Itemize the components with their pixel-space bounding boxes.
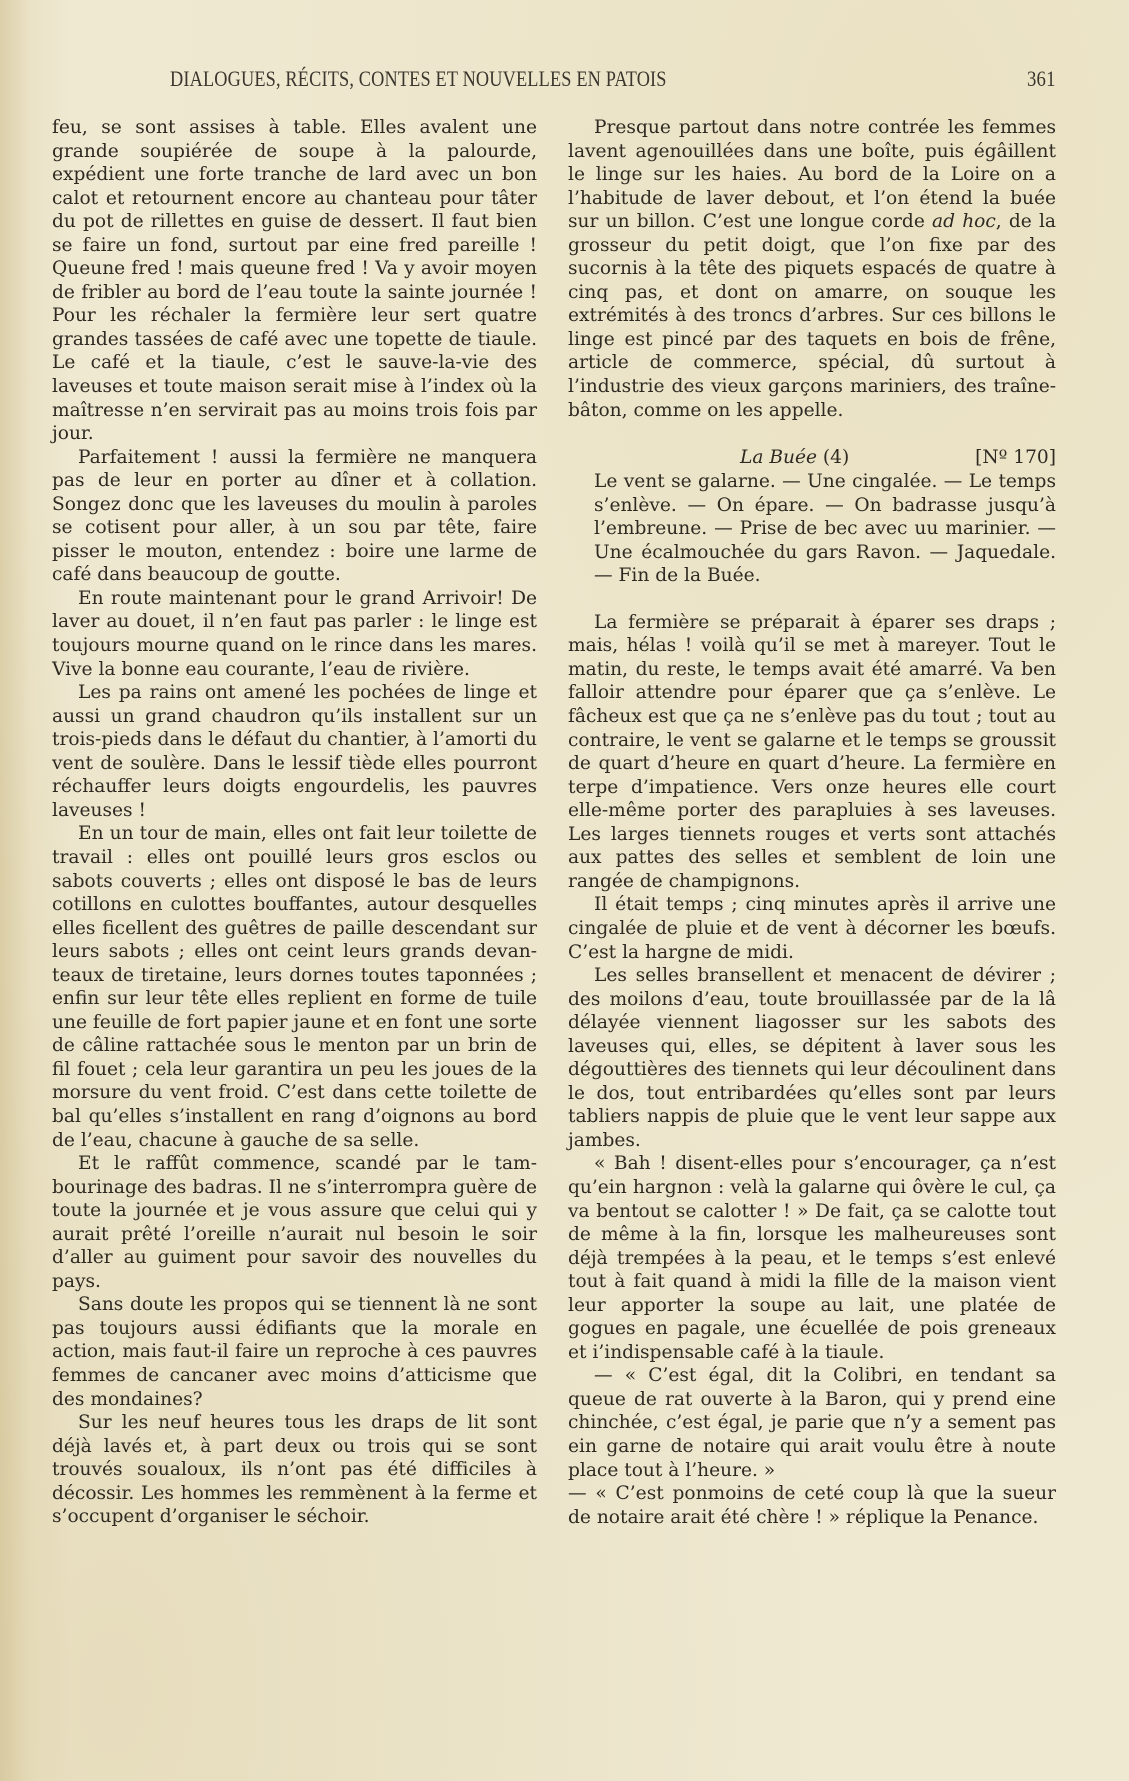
paragraph: — « C’est ponmoins de ceté coup là que l…	[568, 1482, 1056, 1529]
paragraph: « Bah ! disent-elles pour s’encourager, …	[568, 1152, 1056, 1364]
section-summary: Le vent se galarne. — Une cingalée. — Le…	[568, 470, 1056, 588]
paragraph: Les pa rains ont amené les pochées de li…	[52, 681, 537, 822]
running-head: DIALOGUES, RÉCITS, CONTES ET NOUVELLES E…	[170, 66, 1056, 94]
paragraph: feu, se sont assises à table. Elles aval…	[52, 116, 537, 446]
intro-text-2: , de la grosseur du petit doigt, que l’o…	[568, 211, 1056, 420]
latin-phrase: ad hoc	[932, 211, 996, 232]
paragraph: Il était temps ; cinq minutes après il a…	[568, 893, 1056, 964]
paragraph: — « C’est égal, dit la Colibri, en tenda…	[568, 1364, 1056, 1482]
section-heading: La Buée (4) [Nº 170]	[568, 446, 1056, 470]
paragraph: Et le raffût commence, scandé par le tam…	[52, 1152, 537, 1293]
paragraph: La fermière se préparait à éparer ses dr…	[568, 611, 1056, 894]
running-title: DIALOGUES, RÉCITS, CONTES ET NOUVELLES E…	[170, 66, 667, 92]
book-page: DIALOGUES, RÉCITS, CONTES ET NOUVELLES E…	[0, 0, 1129, 1781]
paragraph: Sans doute les propos qui se tiennent là…	[52, 1293, 537, 1411]
section-title-italic: La Buée	[740, 447, 817, 468]
page-number: 361	[1027, 66, 1056, 92]
paragraph: Sur les neuf heures tous les draps de li…	[52, 1411, 537, 1529]
section-number: [Nº 170]	[975, 446, 1056, 470]
intro-paragraph: Presque partout dans notre contrée les f…	[568, 116, 1056, 422]
section-title-suffix: (4)	[817, 447, 849, 468]
section-title: La Buée (4)	[740, 446, 849, 470]
paragraph: Les selles bransellent et menacent de dé…	[568, 964, 1056, 1152]
left-column: feu, se sont assises à table. Elles aval…	[52, 116, 537, 1529]
paragraph: En un tour de main, elles ont fait leur …	[52, 822, 537, 1152]
paragraph: En route maintenant pour le grand Arrivo…	[52, 587, 537, 681]
right-column: Presque partout dans notre contrée les f…	[568, 116, 1056, 1529]
spacer	[568, 588, 1056, 611]
paragraph: Parfaitement ! aussi la fermière ne manq…	[52, 446, 537, 587]
